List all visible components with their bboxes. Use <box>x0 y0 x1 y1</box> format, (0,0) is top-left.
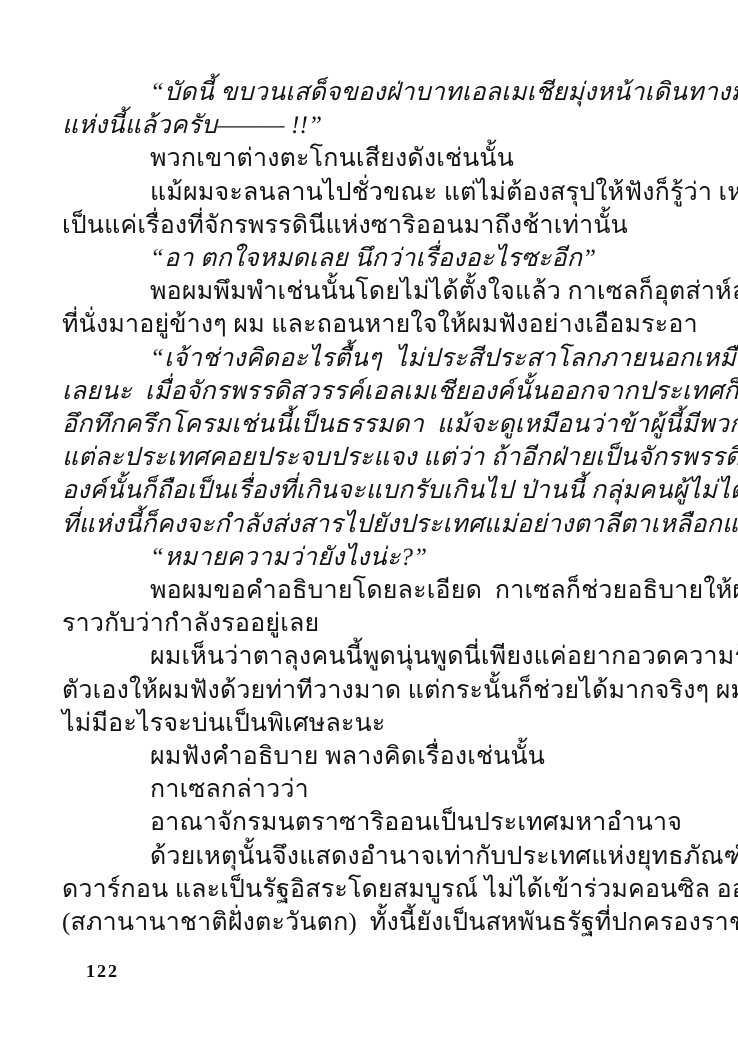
text-line: “หมายความว่ายังไงน่ะ?” <box>62 541 678 574</box>
text-line: แม้ผมจะลนลานไปชั่วขณะ แต่ไม่ต้องสรุปให้ฟ… <box>62 176 678 209</box>
text-line: พอผมพึมพำเช่นนั้นโดยไม่ได้ตั้งใจแล้ว กาเ… <box>62 275 678 308</box>
text-line: ตัวเองให้ผมฟังด้วยท่าทีวางมาด แต่กระนั้น… <box>62 674 678 707</box>
text-line: “บัดนี้ ขบวนเสด็จของฝ่าบาทเอลเมเชียมุ่งห… <box>62 76 678 109</box>
text-column: “บัดนี้ ขบวนเสด็จของฝ่าบาทเอลเมเชียมุ่งห… <box>62 76 678 939</box>
text-line: “เจ้าช่างคิดอะไรตื้นๆ ไม่ประสีประสาโลกภา… <box>62 342 678 375</box>
text-line: พอผมขอคำอธิบายโดยละเอียด กาเซลก็ช่วยอธิบ… <box>62 574 678 607</box>
text-line: ด้วยเหตุนั้นจึงแสดงอำนาจเท่ากับประเทศแห่… <box>62 840 678 873</box>
text-line: องค์นั้นก็ถือเป็นเรื่องที่เกินจะแบกรับเก… <box>62 474 678 507</box>
text-line: ราวกับว่ากำลังรออยู่เลย <box>62 607 678 640</box>
text-line: พวกเขาต่างตะโกนเสียงดังเช่นนั้น <box>62 142 678 175</box>
text-line: ผมเห็นว่าตาลุงคนนี้พูดนุ่นพูดนี่เพียงแค่… <box>62 640 678 673</box>
text-line: ไม่มีอะไรจะบ่นเป็นพิเศษละนะ <box>62 707 678 740</box>
text-line: อึกทึกครึกโครมเช่นนี้เป็นธรรมดา แม้จะดูเ… <box>62 408 678 441</box>
text-line: กาเซลกล่าวว่า <box>62 773 678 806</box>
text-line: (สภานานาชาติฝั่งตะวันตก) ทั้งนี้ยังเป็นส… <box>62 906 678 939</box>
book-page-screenshot: { "page": { "number": "122", "lines": [ … <box>0 0 738 1051</box>
text-line: ผมฟังคำอธิบาย พลางคิดเรื่องเช่นนั้น <box>62 740 678 773</box>
text-line: “อา ตกใจหมดเลย นึกว่าเรื่องอะไรซะอีก” <box>62 242 678 275</box>
text-line: ที่แห่งนี้ก็คงจะกำลังส่งสารไปยังประเทศแม… <box>62 508 678 541</box>
text-line: ที่นั่งมาอยู่ข้างๆ ผม และถอนหายใจให้ผมฟั… <box>62 308 678 341</box>
text-line: เลยนะ เมื่อจักรพรรดิสวรรค์เอลเมเชียองค์น… <box>62 375 678 408</box>
page-number: 122 <box>86 961 119 982</box>
text-line: อาณาจักรมนตราซาริออนเป็นประเทศมหาอำนาจ <box>62 806 678 839</box>
text-line: แต่ละประเทศคอยประจบประแจง แต่ว่า ถ้าอีกฝ… <box>62 441 678 474</box>
text-line: เป็นแค่เรื่องที่จักรพรรดินีแห่งซาริออนมา… <box>62 209 678 242</box>
text-line: แห่งนี้แล้วครับ——— !!” <box>62 109 678 142</box>
page-container: “บัดนี้ ขบวนเสด็จของฝ่าบาทเอลเมเชียมุ่งห… <box>0 0 738 1051</box>
text-line: ดวาร์กอน และเป็นรัฐอิสระโดยสมบูรณ์ ไม่ได… <box>62 873 678 906</box>
